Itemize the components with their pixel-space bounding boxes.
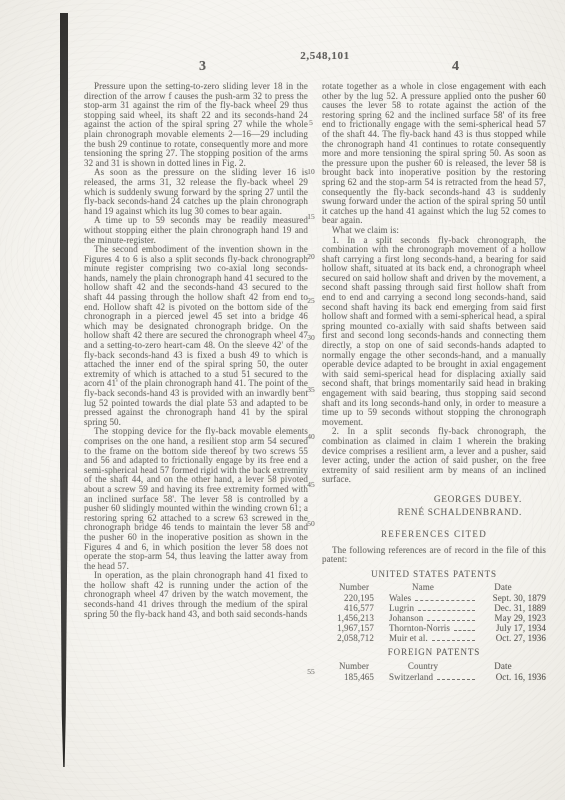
column-number-left: 3 [199, 59, 206, 75]
signature: GEORGES DUBEY. [322, 494, 522, 507]
ref-number: 416,577 [322, 603, 374, 613]
paragraph-continuation: rotate together as a whole in close enga… [322, 82, 546, 226]
signatures: GEORGES DUBEY. RENÉ SCHALDENBRAND. [322, 494, 546, 520]
ref-name: Johanson [389, 613, 423, 623]
ref-name: Muir et al. [389, 633, 428, 643]
ref-name: Wales [389, 593, 411, 603]
ref-number: 1,456,213 [322, 613, 374, 623]
header-date: Date [460, 582, 546, 593]
foreign-table-header: Number Country Date [322, 661, 546, 672]
ref-number: 1,967,157 [322, 623, 374, 633]
references-intro: The following references are of record i… [322, 546, 546, 565]
dot-leader [418, 603, 475, 611]
dot-leader [432, 633, 475, 641]
ref-number: 220,195 [322, 593, 374, 603]
us-patents-heading: UNITED STATES PATENTS [322, 570, 546, 580]
table-row: 220,195 Wales Sept. 30, 1879 [322, 593, 546, 603]
claim-1: 1. In a split seconds fly-back chronogra… [322, 236, 546, 428]
line-number: 55 [302, 667, 320, 676]
signature: RENÉ SCHALDENBRAND. [322, 507, 522, 520]
table-row: 1,967,157 Thornton-Norris July 17, 1934 [322, 623, 546, 633]
claim-2: 2. In a split seconds fly-back chronogra… [322, 427, 546, 485]
ref-date: Oct. 16, 1936 [478, 672, 546, 682]
dot-leader [437, 672, 475, 680]
ref-date: May 29, 1923 [478, 613, 546, 623]
ref-date: July 17, 1934 [478, 623, 546, 633]
ref-date: Sept. 30, 1879 [478, 593, 546, 603]
paragraph: Pressure upon the setting-to-zero slidin… [84, 82, 308, 168]
dot-leader [427, 613, 475, 621]
header-name: Name [386, 582, 460, 593]
header-number: Number [322, 582, 386, 593]
right-column: rotate together as a whole in close enga… [322, 82, 546, 682]
paragraph: In operation, as the plain chronograph h… [84, 571, 308, 619]
ref-number: 185,465 [322, 672, 374, 682]
column-number-right: 4 [452, 59, 459, 75]
references-heading: REFERENCES CITED [322, 530, 546, 540]
header-number: Number [322, 661, 386, 672]
patent-page: 2,548,101 3 4 5 10 15 20 25 30 35 40 45 … [0, 0, 565, 800]
paragraph: As soon as the pressure on the sliding l… [84, 168, 308, 216]
ref-name: Lugrin [389, 603, 414, 613]
paragraph: The second embodiment of the invention s… [84, 245, 308, 427]
table-row: 185,465 Switzerland Oct. 16, 1936 [322, 672, 546, 682]
foreign-patents-heading: FOREIGN PATENTS [322, 648, 546, 658]
dot-leader [415, 593, 475, 601]
paragraph: The stopping device for the fly-back mov… [84, 427, 308, 571]
ref-date: Dec. 31, 1889 [478, 603, 546, 613]
paragraph: A time up to 59 seconds may be readily m… [84, 216, 308, 245]
ref-date: Oct. 27, 1936 [478, 633, 546, 643]
header-date: Date [460, 661, 546, 672]
patent-number: 2,548,101 [300, 50, 349, 62]
us-table-header: Number Name Date [322, 582, 546, 593]
ref-country: Switzerland [389, 672, 433, 682]
dot-leader [454, 623, 475, 631]
left-column: Pressure upon the setting-to-zero slidin… [84, 82, 308, 619]
ref-number: 2,058,712 [322, 633, 374, 643]
table-row: 416,577 Lugrin Dec. 31, 1889 [322, 603, 546, 613]
ref-name: Thornton-Norris [389, 623, 450, 633]
table-row: 1,456,213 Johanson May 29, 1923 [322, 613, 546, 623]
header-country: Country [386, 661, 460, 672]
scan-spine-shadow [60, 13, 68, 767]
table-row: 2,058,712 Muir et al. Oct. 27, 1936 [322, 633, 546, 643]
